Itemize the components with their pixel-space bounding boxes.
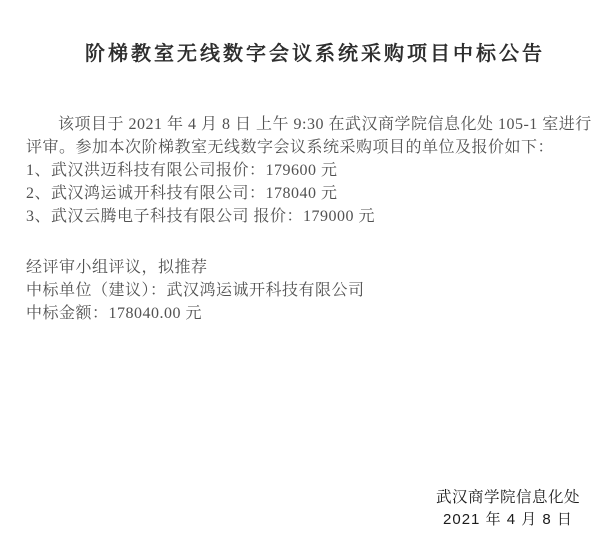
document-title: 阶梯教室无线数字会议系统采购项目中标公告 (0, 0, 616, 67)
announcement-document: 阶梯教室无线数字会议系统采购项目中标公告 该项目于 2021 年 4 月 8 日… (0, 0, 616, 539)
signature-org: 武汉商学院信息化处 (436, 487, 580, 509)
document-body: 该项目于 2021 年 4 月 8 日 上午 9:30 在武汉商学院信息化处 1… (26, 113, 602, 325)
bidder-line-1: 1、武汉洪迈科技有限公司报价：179600 元 (26, 159, 602, 182)
signature-block: 武汉商学院信息化处 2021 年 4 月 8 日 (436, 487, 580, 531)
bidder-line-2: 2、武汉鸿运诚开科技有限公司：178040 元 (26, 182, 602, 205)
intro-line-1: 该项目于 2021 年 4 月 8 日 上午 9:30 在武汉商学院信息化处 1… (26, 113, 602, 136)
amount-line: 中标金额：178040.00 元 (26, 302, 602, 325)
signature-date: 2021 年 4 月 8 日 (436, 509, 580, 531)
intro-line-2: 评审。参加本次阶梯教室无线数字会议系统采购项目的单位及报价如下： (26, 136, 602, 159)
evaluation-note: 经评审小组评议，拟推荐 (26, 256, 602, 279)
winner-line: 中标单位（建议）：武汉鸿运诚开科技有限公司 (26, 279, 602, 302)
bidder-line-3: 3、武汉云腾电子科技有限公司 报价：179000 元 (26, 205, 602, 228)
paragraph-spacer (26, 228, 602, 256)
